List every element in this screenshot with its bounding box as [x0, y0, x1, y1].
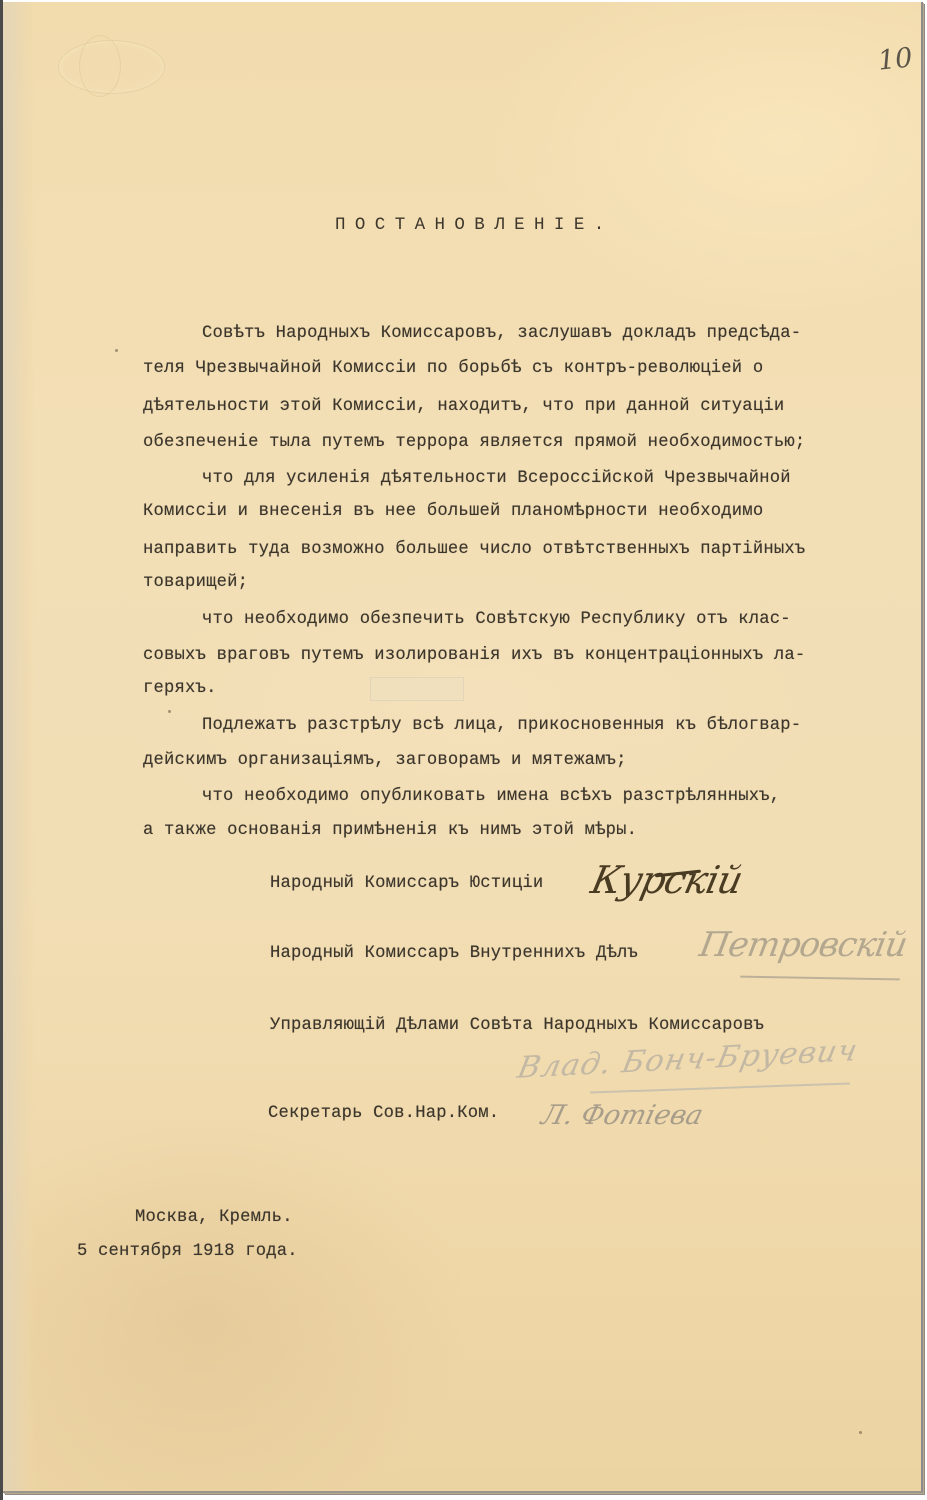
paper-margin-band [3, 2, 35, 1491]
body-line: товарищей; [143, 573, 248, 592]
signature-secretary: Л. Фотiева [538, 1100, 706, 1131]
document-date: 5 сентября 1918 года. [77, 1242, 298, 1261]
body-line: а также основанiя примѣненiя къ нимъ это… [143, 821, 637, 840]
body-line: Подлежатъ разстрѣлу всѣ лица, прикоснове… [202, 716, 801, 735]
embossed-watermark-icon [58, 40, 165, 94]
signature-interior: Петровскiй [696, 925, 909, 965]
body-line: геряхъ. [143, 679, 217, 698]
body-line: Комиссiи и внесенiя въ нее большей плано… [143, 502, 763, 521]
signature-justice: Курскiй [587, 858, 746, 902]
ink-speck [168, 710, 171, 713]
document-place: Москва, Кремль. [135, 1208, 293, 1227]
page-number: 10 [876, 42, 913, 76]
body-line: совыхъ враговъ путемъ изолированiя ихъ в… [143, 646, 805, 665]
body-line: что необходимо обезпечить Совѣтскую Респ… [202, 610, 791, 629]
body-line: дейскимъ организацiямъ, заговорамъ и мят… [143, 751, 627, 770]
signatory-title-justice: Народный Комиссаръ Юстицiи [270, 874, 543, 893]
body-line: теля Чрезвычайной Комиссiи по борьбѣ съ … [143, 359, 763, 378]
signatory-title-interior: Народный Комиссаръ Внутреннихъ Дѣлъ [270, 944, 638, 963]
ink-speck [859, 1431, 862, 1434]
signatory-title-secretary: Секретарь Сов.Нар.Ком. [268, 1104, 499, 1123]
body-line: что необходимо опубликовать имена всѣхъ … [202, 787, 780, 806]
document-title: ПОСТАНОВЛЕНIЕ. [335, 215, 614, 235]
document-scan: 10 ПОСТАНОВЛЕНIЕ. Совѣтъ Народныхъ Комис… [0, 0, 927, 1500]
signatory-title-administrator: Управляющiй Дѣлами Совѣта Народныхъ Коми… [270, 1016, 764, 1035]
body-line: обезпеченiе тыла путемъ террора является… [143, 433, 805, 452]
body-line: дѣятельности этой Комиссiи, находитъ, чт… [143, 397, 784, 416]
faded-stamp-mark [370, 677, 464, 701]
body-line: Совѣтъ Народныхъ Комиссаровъ, заслушавъ … [202, 324, 801, 343]
body-line: направить туда возможно большее число от… [143, 540, 805, 559]
body-line: что для усиленiя дѣятельности Всероссiйс… [202, 469, 791, 488]
ink-speck [115, 349, 118, 352]
